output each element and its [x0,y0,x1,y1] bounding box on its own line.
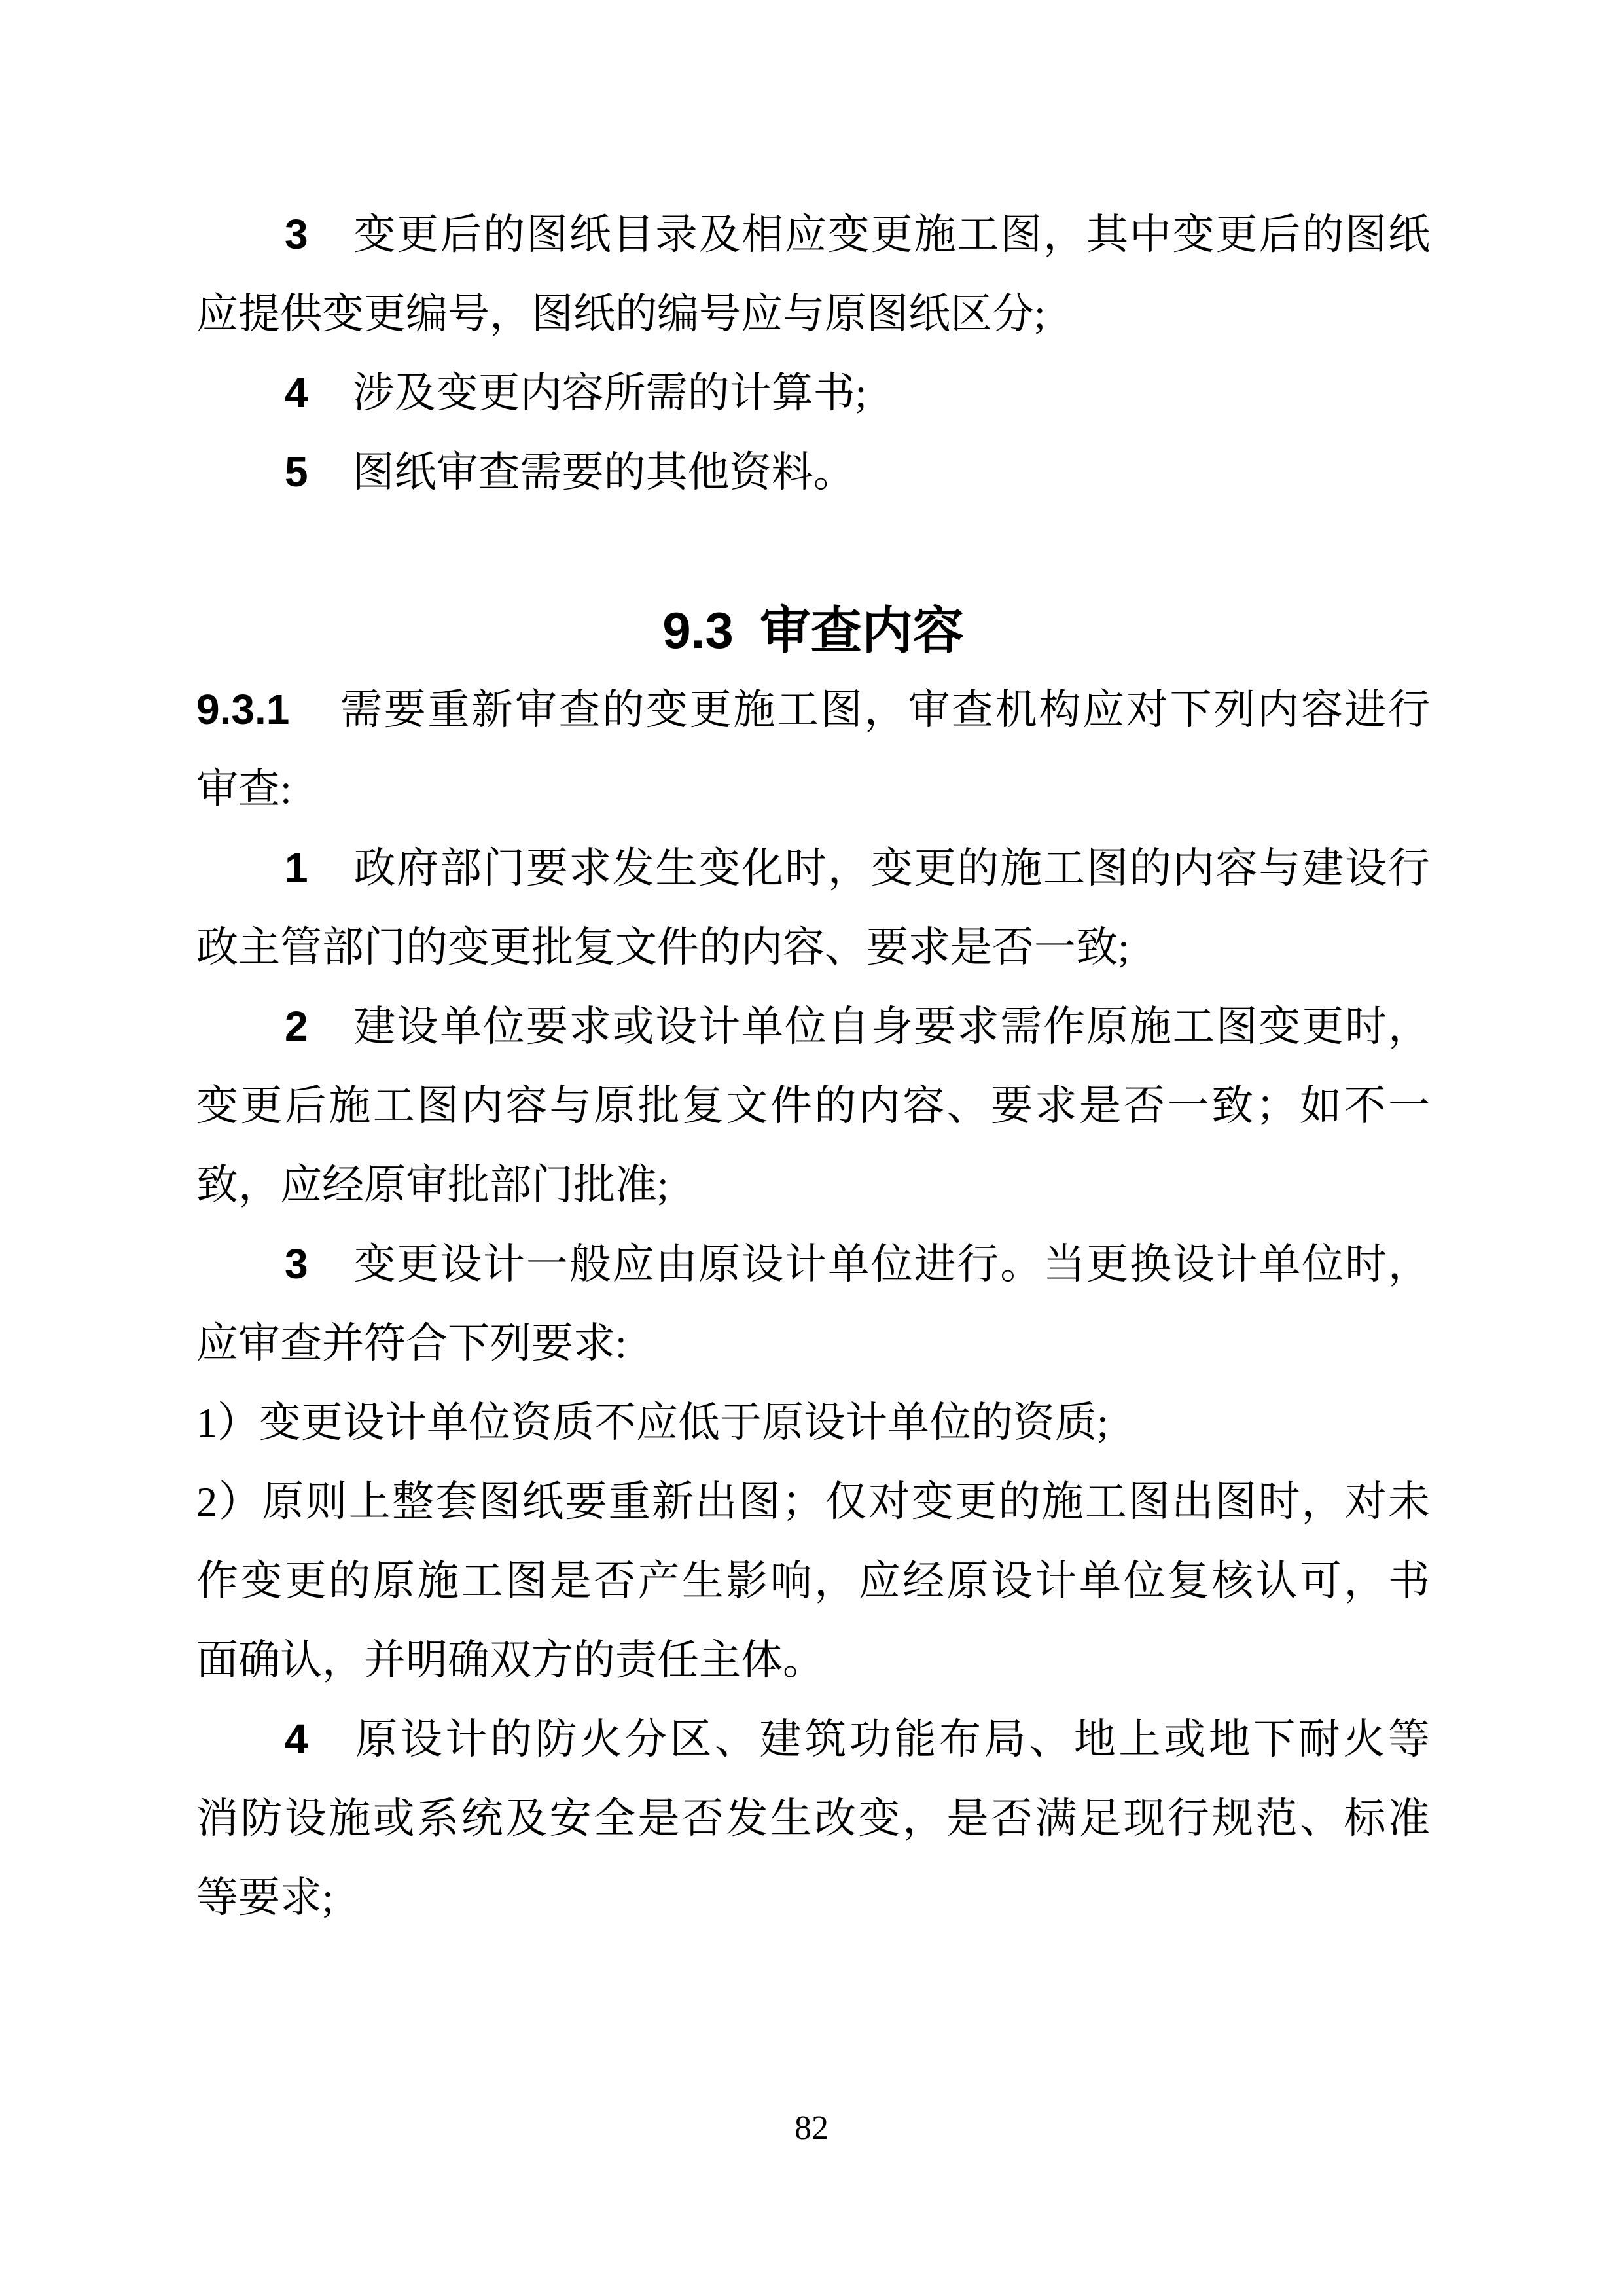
text-line: 2）原则上整套图纸要重新出图；仅对变更的施工图出图时，对未 [196,1462,1430,1541]
text-line: 审查: [196,749,1430,829]
line-text: 消防设施或系统及安全是否发生改变，是否满足现行规范、标准 [196,1795,1430,1842]
text-line: 消防设施或系统及安全是否发生改变，是否满足现行规范、标准 [196,1779,1430,1858]
line-text: 应提供变更编号，图纸的编号应与原图纸区分; [196,291,1046,337]
item-number: 4 [285,369,308,416]
line-text: 原设计的防火分区、建筑功能布局、地上或地下耐火等级、 [196,1716,1430,1779]
text-line: 1）变更设计单位资质不应低于原设计单位的资质; [196,1383,1430,1462]
section-heading: 9.3审查内容 [196,591,1430,670]
document-page: 3变更后的图纸目录及相应变更施工图，其中变更后的图纸应提供变更编号，图纸的编号应… [0,0,1623,2296]
line-text: 变更后的图纸目录及相应变更施工图，其中变更后的图纸 [353,211,1430,258]
text-line: 等要求; [196,1858,1430,1937]
text-line: 应提供变更编号，图纸的编号应与原图纸区分; [196,274,1430,353]
text-line: 致，应经原审批部门批准; [196,1145,1430,1225]
line-text: 变更设计一般应由原设计单位进行。当更换设计单位时， [353,1241,1430,1287]
line-text: 应审查并符合下列要求: [196,1320,627,1367]
numbered-item-line: 5图纸审查需要的其他资料。 [196,433,1430,512]
item-number: 1 [285,844,308,891]
numbered-item-line: 4涉及变更内容所需的计算书; [196,353,1430,433]
line-text: 2）原则上整套图纸要重新出图；仅对变更的施工图出图时，对未 [196,1479,1430,1525]
numbered-item-line: 1政府部门要求发生变化时，变更的施工图的内容与建设行 [196,829,1430,908]
text-line: 应审查并符合下列要求: [196,1304,1430,1383]
line-text: 涉及变更内容所需的计算书; [353,370,867,416]
line-text: 审查内容 [760,601,964,659]
section-number: 9.3 [662,601,733,659]
item-number: 2 [285,1003,308,1050]
numbered-item-line: 3变更设计一般应由原设计单位进行。当更换设计单位时， [196,1225,1430,1304]
line-text: 建设单位要求或设计单位自身要求需作原施工图变更时， [353,1003,1430,1050]
text-line: 作变更的原施工图是否产生影响，应经原设计单位复核认可，书 [196,1541,1430,1621]
line-text: 变更后施工图内容与原批复文件的内容、要求是否一致；如不一 [196,1083,1430,1129]
line-text: 图纸审查需要的其他资料。 [353,449,855,495]
line-text: 需要重新审查的变更施工图，审查机构应对下列内容进行 [338,687,1430,733]
line-text: 致，应经原审批部门批准; [196,1162,669,1208]
numbered-item-line: 2建设单位要求或设计单位自身要求需作原施工图变更时， [196,987,1430,1066]
line-text: 作变更的原施工图是否产生影响，应经原设计单位复核认可，书 [196,1558,1430,1604]
line-text: 政府部门要求发生变化时，变更的施工图的内容与建设行 [353,845,1430,891]
text-line: 面确认，并明确双方的责任主体。 [196,1621,1430,1700]
blank-line [196,512,1430,591]
text-line: 政主管部门的变更批复文件的内容、要求是否一致; [196,908,1430,987]
text-line: 变更后施工图内容与原批复文件的内容、要求是否一致；如不一 [196,1066,1430,1145]
numbered-item-line: 4原设计的防火分区、建筑功能布局、地上或地下耐火等级、 [196,1700,1430,1779]
page-number: 82 [0,2109,1623,2148]
item-number: 9.3.1 [196,686,289,733]
document-body: 3变更后的图纸目录及相应变更施工图，其中变更后的图纸应提供变更编号，图纸的编号应… [196,195,1430,1937]
item-number: 3 [285,1240,308,1287]
line-text: 1）变更设计单位资质不应低于原设计单位的资质; [196,1399,1109,1446]
item-number: 4 [285,1715,308,1763]
line-text: 等要求; [196,1874,334,1921]
item-number: 5 [285,448,308,495]
item-number: 3 [285,211,308,258]
line-text: 审查: [196,766,292,812]
line-text: 政主管部门的变更批复文件的内容、要求是否一致; [196,924,1130,971]
line-text: 面确认，并明确双方的责任主体。 [196,1637,825,1683]
clause-line: 9.3.1需要重新审查的变更施工图，审查机构应对下列内容进行 [196,670,1430,749]
numbered-item-line: 3变更后的图纸目录及相应变更施工图，其中变更后的图纸 [196,195,1430,274]
